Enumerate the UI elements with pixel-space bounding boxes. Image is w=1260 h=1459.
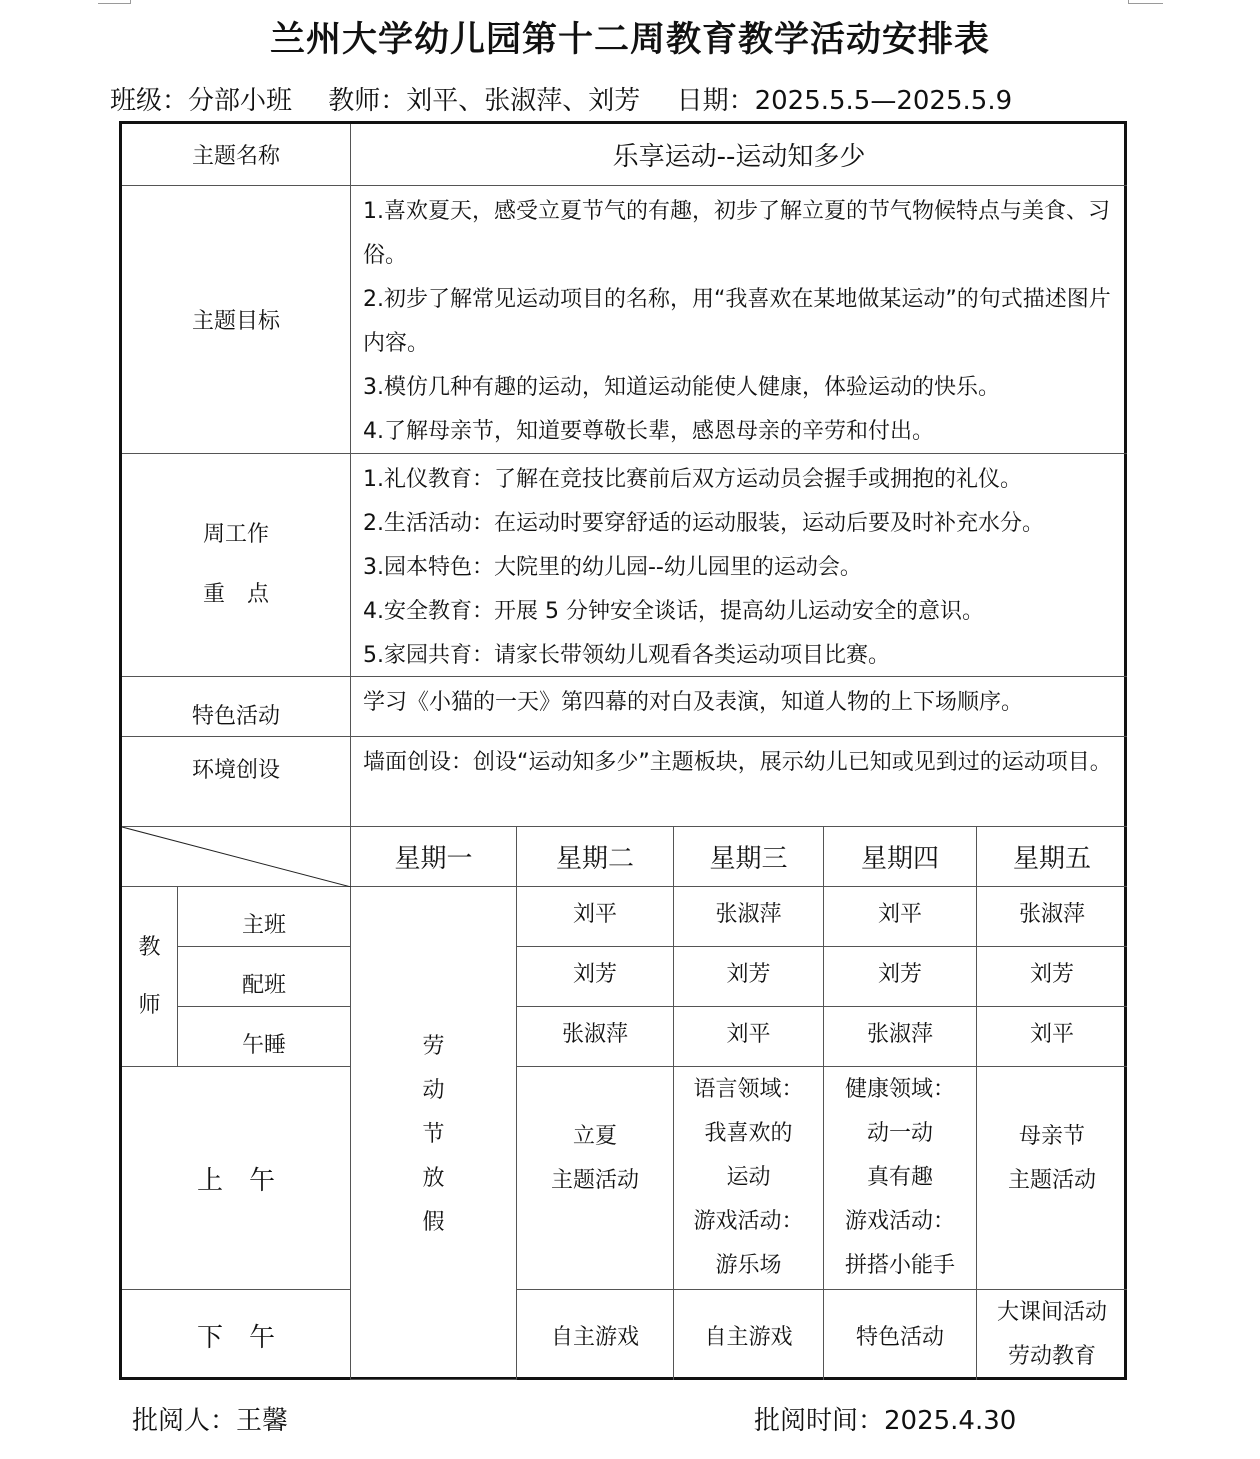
focus-item: 2.生活活动：在运动时要穿舒适的运动服装，运动后要及时补充水分。 [363,502,1044,546]
morning-thu-line: 动一动 [867,1112,933,1156]
main-teacher-tue: 刘平 [517,887,674,947]
afternoon-wed: 自主游戏 [674,1290,824,1380]
nap-teacher-wed: 刘平 [674,1007,824,1067]
goal-item: 1.喜欢夏天，感受立夏节气的有趣，初步了解立夏的节气物候特点与美食、习俗。 [363,190,1117,278]
assistant-teacher-fri: 刘芳 [977,947,1127,1007]
teacher-group-label: 教 师 [122,887,178,1067]
day-header-thu: 星期四 [824,827,977,887]
day-header-fri: 星期五 [977,827,1127,887]
morning-fri-line: 主题活动 [1008,1159,1096,1203]
reviewer: 批阅人：王馨 [132,1400,288,1437]
afternoon-thu: 特色活动 [824,1290,977,1380]
assistant-teacher-thu: 刘芳 [824,947,977,1007]
nap-teacher-tue: 张淑萍 [517,1007,674,1067]
role-main: 主班 [178,887,351,947]
morning-fri-line: 母亲节 [1019,1115,1085,1159]
diagonal-line [122,827,351,887]
day-header-wed: 星期三 [674,827,824,887]
day-header-tue: 星期二 [517,827,674,887]
special-activity-label: 特色活动 [122,677,351,737]
afternoon-fri: 大课间活动 劳动教育 [977,1290,1127,1380]
main-teacher-thu: 刘平 [824,887,977,947]
morning-wed: 语言领域： 我喜欢的 运动 游戏活动： 游乐场 [674,1067,824,1290]
focus-item: 4.安全教育：开展 5 分钟安全谈话，提高幼儿运动安全的意识。 [363,590,1044,634]
monday-holiday: 劳 动 节 放 假 [351,887,517,1380]
crop-mark-right [1128,0,1163,4]
morning-thu: 健康领域： 动一动 真有趣 游戏活动： 拼搭小能手 [824,1067,977,1290]
nap-teacher-fri: 刘平 [977,1007,1127,1067]
special-activity-value: 学习《小猫的一天》第四幕的对白及表演，知道人物的上下场顺序。 [351,677,1127,737]
meta-line: 班级：分部小班 教师：刘平、张淑萍、刘芳 日期：2025.5.5—2025.5.… [110,80,1040,117]
afternoon-tue: 自主游戏 [517,1290,674,1380]
diagonal-header-cell [122,827,351,887]
main-teacher-wed: 张淑萍 [674,887,824,947]
page-title: 兰州大学幼儿园第十二周教育教学活动安排表 [0,12,1260,62]
day-header-mon: 星期一 [351,827,517,887]
nap-teacher-thu: 张淑萍 [824,1007,977,1067]
review-time: 批阅时间：2025.4.30 [754,1400,1016,1437]
teacher-group-char: 师 [138,977,160,1035]
morning-thu-line: 真有趣 [867,1156,933,1200]
weekly-focus-label-line1: 周工作 [203,505,269,565]
weekly-focus-label: 周工作 重 点 [122,454,351,677]
morning-wed-line: 游戏活动： [693,1200,803,1244]
morning-fri: 母亲节 主题活动 [977,1067,1127,1290]
morning-thu-line: 拼搭小能手 [845,1244,955,1288]
afternoon-fri-line: 大课间活动 [997,1291,1107,1335]
morning-wed-line: 语言领域： [693,1068,803,1112]
morning-tue-line: 主题活动 [551,1159,639,1203]
goal-item: 3.模仿几种有趣的运动，知道运动能使人健康，体验运动的快乐。 [363,366,1117,410]
focus-item: 3.园本特色：大院里的幼儿园--幼儿园里的运动会。 [363,546,1044,590]
date-info: 日期：2025.5.5—2025.5.9 [677,86,1013,116]
holiday-char: 假 [422,1201,444,1245]
focus-item: 1.礼仪教育：了解在竞技比赛前后双方运动员会握手或拥抱的礼仪。 [363,458,1044,502]
theme-name-label: 主题名称 [122,124,351,186]
teacher-info: 教师：刘平、张淑萍、刘芳 [328,86,640,116]
morning-wed-line: 游乐场 [715,1244,781,1288]
assistant-teacher-wed: 刘芳 [674,947,824,1007]
morning-thu-line: 游戏活动： [845,1200,955,1244]
morning-wed-line: 我喜欢的 [704,1112,792,1156]
goal-item: 2.初步了解常见运动项目的名称，用“我喜欢在某地做某运动”的句式描述图片内容。 [363,278,1117,366]
environment-label: 环境创设 [122,737,351,827]
assistant-teacher-tue: 刘芳 [517,947,674,1007]
theme-name-value: 乐享运动--运动知多少 [351,124,1127,186]
goal-item: 4.了解母亲节，知道要尊敬长辈，感恩母亲的辛劳和付出。 [363,410,1117,454]
afternoon-label: 下 午 [122,1290,351,1380]
role-assistant: 配班 [178,947,351,1007]
afternoon-fri-line: 劳动教育 [1008,1335,1096,1379]
focus-item: 5.家园共育：请家长带领幼儿观看各类运动项目比赛。 [363,634,1044,678]
environment-value: 墙面创设：创设“运动知多少”主题板块，展示幼儿已知或见到过的运动项目。 [351,737,1127,827]
crop-mark-left [98,0,131,4]
teacher-group-char: 教 [138,919,160,977]
holiday-char: 节 [422,1113,444,1157]
morning-tue: 立夏 主题活动 [517,1067,674,1290]
holiday-char: 劳 [422,1025,444,1069]
theme-goals-label: 主题目标 [122,186,351,454]
morning-wed-line: 运动 [726,1156,770,1200]
schedule-table: 主题名称 乐享运动--运动知多少 主题目标 1.喜欢夏天，感受立夏节气的有趣，初… [119,121,1127,1380]
weekly-focus-label-line2: 重 点 [203,565,269,625]
morning-thu-line: 健康领域： [845,1068,955,1112]
weekly-focus-content: 1.礼仪教育：了解在竞技比赛前后双方运动员会握手或拥抱的礼仪。 2.生活活动：在… [351,454,1127,677]
role-nap: 午睡 [178,1007,351,1067]
holiday-char: 放 [422,1157,444,1201]
theme-goals-content: 1.喜欢夏天，感受立夏节气的有趣，初步了解立夏的节气物候特点与美食、习俗。 2.… [351,186,1127,454]
class-info: 班级：分部小班 [110,86,292,116]
morning-label: 上 午 [122,1067,351,1290]
main-teacher-fri: 张淑萍 [977,887,1127,947]
morning-tue-line: 立夏 [573,1115,617,1159]
holiday-char: 动 [422,1069,444,1113]
